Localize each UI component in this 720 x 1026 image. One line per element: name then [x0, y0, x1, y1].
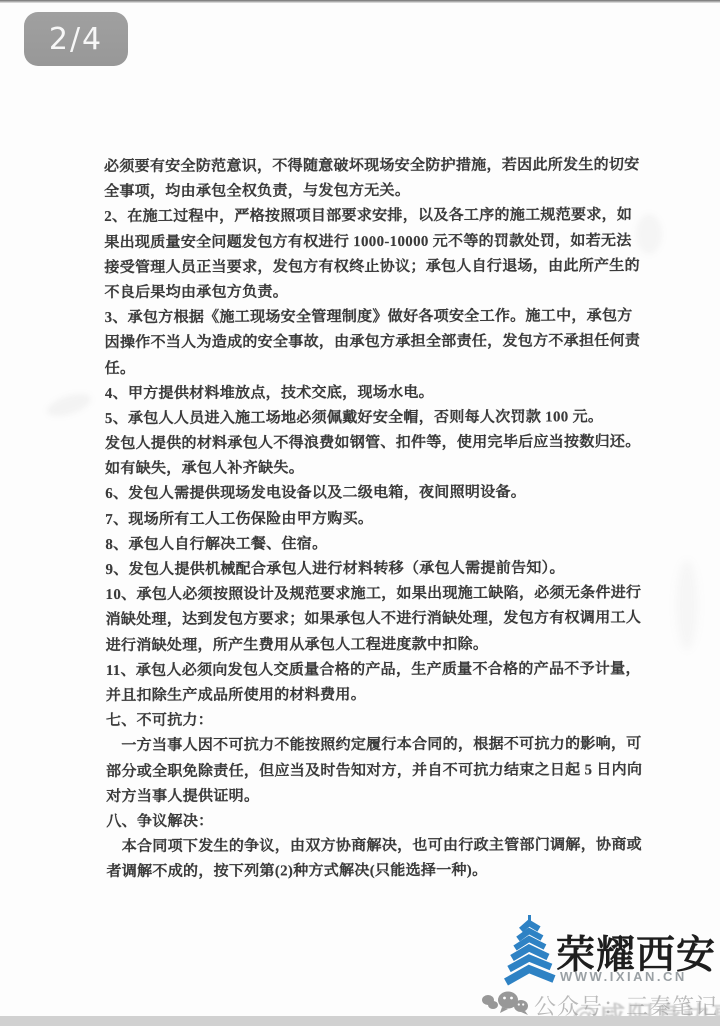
contract-text: 必须要有安全防范意识，不得随意破坏现场安全防护措施，若因此所发生的切安全事项，均…: [104, 153, 667, 885]
contract-line: 7、现场所有工人工伤保险由甲方购买。: [105, 506, 665, 533]
contract-line: 2、在施工过程中，严格按照项目部要求安排，以及各工序的施工规范要求，如: [104, 203, 664, 230]
contract-line: 任。: [105, 355, 665, 382]
scan-smudge: [44, 389, 93, 420]
brand-url: WWW.IXIAN.CN: [560, 969, 687, 984]
contract-line: 必须要有安全防范意识，不得随意破坏现场安全防护措施，若因此所发生的切安: [104, 153, 664, 180]
contract-line: 七、不可抗力：: [106, 707, 666, 734]
contract-line: 3、承包方根据《施工现场安全管理制度》做好各项安全工作。施工中，承包方: [105, 304, 665, 331]
contract-line: 并且扣除生产成品所使用的材料费用。: [106, 682, 666, 709]
contract-line: 进行消缺处理，所产生费用从承包人工程进度款中扣除。: [106, 632, 666, 659]
contract-line: 果出现质量安全问题发包方有权进行 1000-10000 元不等的罚款处罚，如若无…: [104, 229, 664, 256]
contract-line: 发包人提供的材料承包人不得浪费如钢管、扣件等，使用完毕后应当按数归还。: [105, 430, 665, 457]
wechat-icon: [481, 988, 529, 1016]
contract-line: 本合同项下发生的争议，由双方协商解决，也可由行政主管部门调解，协商或: [106, 833, 666, 860]
contract-line: 6、发包人需提供现场发电设备以及二级电箱，夜间照明设备。: [105, 480, 665, 507]
scan-smudge: [676, 560, 698, 650]
contract-line: 全事项，均由承包全权负责，与发包方无关。: [104, 178, 664, 205]
contract-line: 不良后果均由承包方负责。: [104, 279, 664, 306]
contract-line: 4、甲方提供材料堆放点，技术交底，现场水电。: [105, 380, 665, 407]
contract-line: 八、争议解决：: [106, 808, 666, 835]
contract-line: 11、承包人必须向发包人交质量合格的产品，生产质量不合格的产品不予计量，: [106, 657, 666, 684]
photo-bottom-edge: [0, 1016, 720, 1026]
contract-line: 部分或全职免除责任，但应当及时告知对方，并自不可抗力结束之日起 5 日内向: [106, 758, 666, 785]
contract-line: 如有缺失，承包人补齐缺失。: [105, 455, 665, 482]
contract-line: 对方当事人提供证明。: [106, 783, 666, 810]
contract-line: 9、发包人提供机械配合承包人进行材料转移（承包人需提前告知）。: [105, 556, 665, 583]
contract-line: 10、承包人必须按照设计及规范要求施工，如果出现施工缺陷，必须无条件进行: [105, 581, 665, 608]
contract-line: 者调解不成的，按下列第(2)种方式解决(只能选择一种)。: [106, 858, 666, 885]
page-indicator-badge: 2/4: [24, 12, 128, 66]
contract-line: 因操作不当人为造成的安全事故，由承包方承担全部责任，发包方不承担任何责: [105, 329, 665, 356]
contract-line: 接受管理人员正当要求，发包方有权终止协议；承包人自行退场，由此所产生的: [104, 254, 664, 281]
document-photo: 2/4 必须要有安全防范意识，不得随意破坏现场安全防护措施，若因此所发生的切安全…: [0, 0, 720, 1026]
contract-line: 一方当事人因不可抗力不能按照约定履行本合同的，根据不可抗力的影响，可: [106, 732, 666, 759]
photo-top-edge: [0, 0, 720, 3]
pagoda-logo-icon: [502, 915, 558, 991]
contract-line: 消缺处理，达到发包方要求；如果承包人不进行消缺处理，发包方有权调用工人: [106, 606, 666, 633]
contract-line: 8、承包人自行解决工餐、住宿。: [105, 531, 665, 558]
contract-line: 5、承包人人员进入施工场地必须佩戴好安全帽，否则每人次罚款 100 元。: [105, 405, 665, 432]
